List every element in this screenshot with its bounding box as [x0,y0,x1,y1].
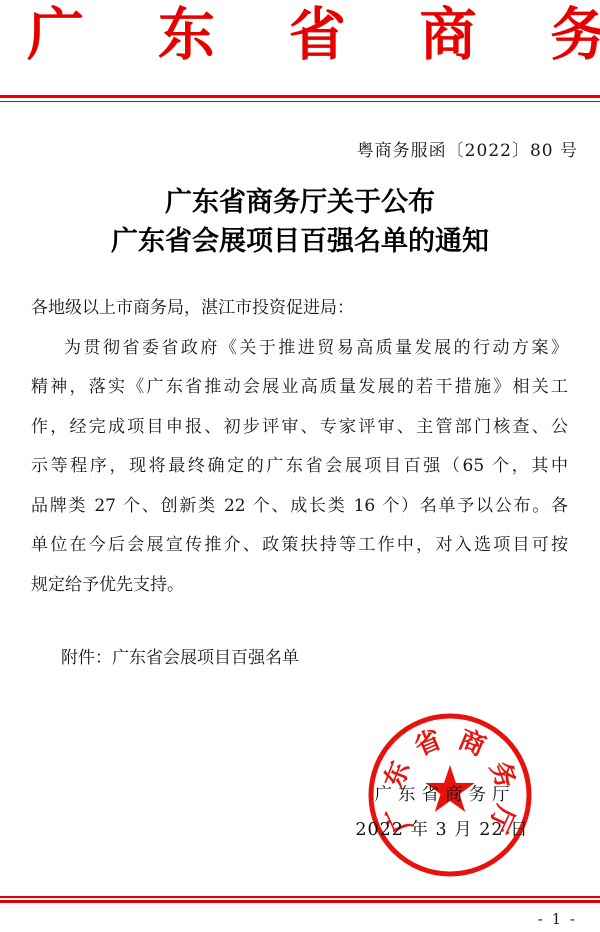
top-rule-thin-line [0,101,600,103]
signature-agency-name: 广东省商务厅 [352,781,532,806]
salutation-line: 各地级以上市商务局，湛江市投资促进局： [31,289,568,329]
body-line: 单位在今后会展宣传推介、政策扶持等工作中，对入选项目可按 [31,526,568,566]
official-document-page: 广 东 省 商 务 厅 粤商务服函〔2022〕80 号 广东省商务厅关于公布 广… [0,0,600,932]
seal-arc-char: 商 [454,724,490,763]
body-line: 品牌类 27 个、创新类 22 个、成长类 16 个）名单予以公布。各 [31,487,568,527]
bottom-rule-thick-line [0,900,600,903]
signature-date: 2022 年 3 月 22 日 [347,816,537,841]
seal-arc-char: 省 [410,725,446,763]
attachment-line: 附件：广东省会展项目百强名单 [31,639,568,679]
body-line: 精神，落实《广东省推动会展业高质量发展的若干措施》相关工 [31,368,568,408]
bottom-double-rule [0,896,600,903]
document-number: 粤商务服函〔2022〕80 号 [357,136,578,161]
body-line: 示等程序，现将最终确定的广东省会展项目百强（65 个，其中 [31,447,568,487]
body-line: 作，经完成项目申报、初步评审、专家评审、主管部门核查、公 [31,408,568,448]
document-body: 各地级以上市商务局，湛江市投资促进局： 为贯彻省委省政府《关于推进贸易高质量发展… [31,289,568,679]
agency-masthead: 广 东 省 商 务 厅 [0,2,600,68]
body-line: 为贯彻省委省政府《关于推进贸易高质量发展的行动方案》 [31,329,568,369]
page-number: - 1 - [538,910,577,928]
document-title-line1: 广东省商务厅关于公布 [0,183,600,222]
body-last-line: 规定给予优先支持。 [31,566,568,606]
top-double-rule [0,95,600,102]
document-title: 广东省商务厅关于公布 广东省会展项目百强名单的通知 [0,183,600,261]
document-title-line2: 广东省会展项目百强名单的通知 [0,222,600,261]
